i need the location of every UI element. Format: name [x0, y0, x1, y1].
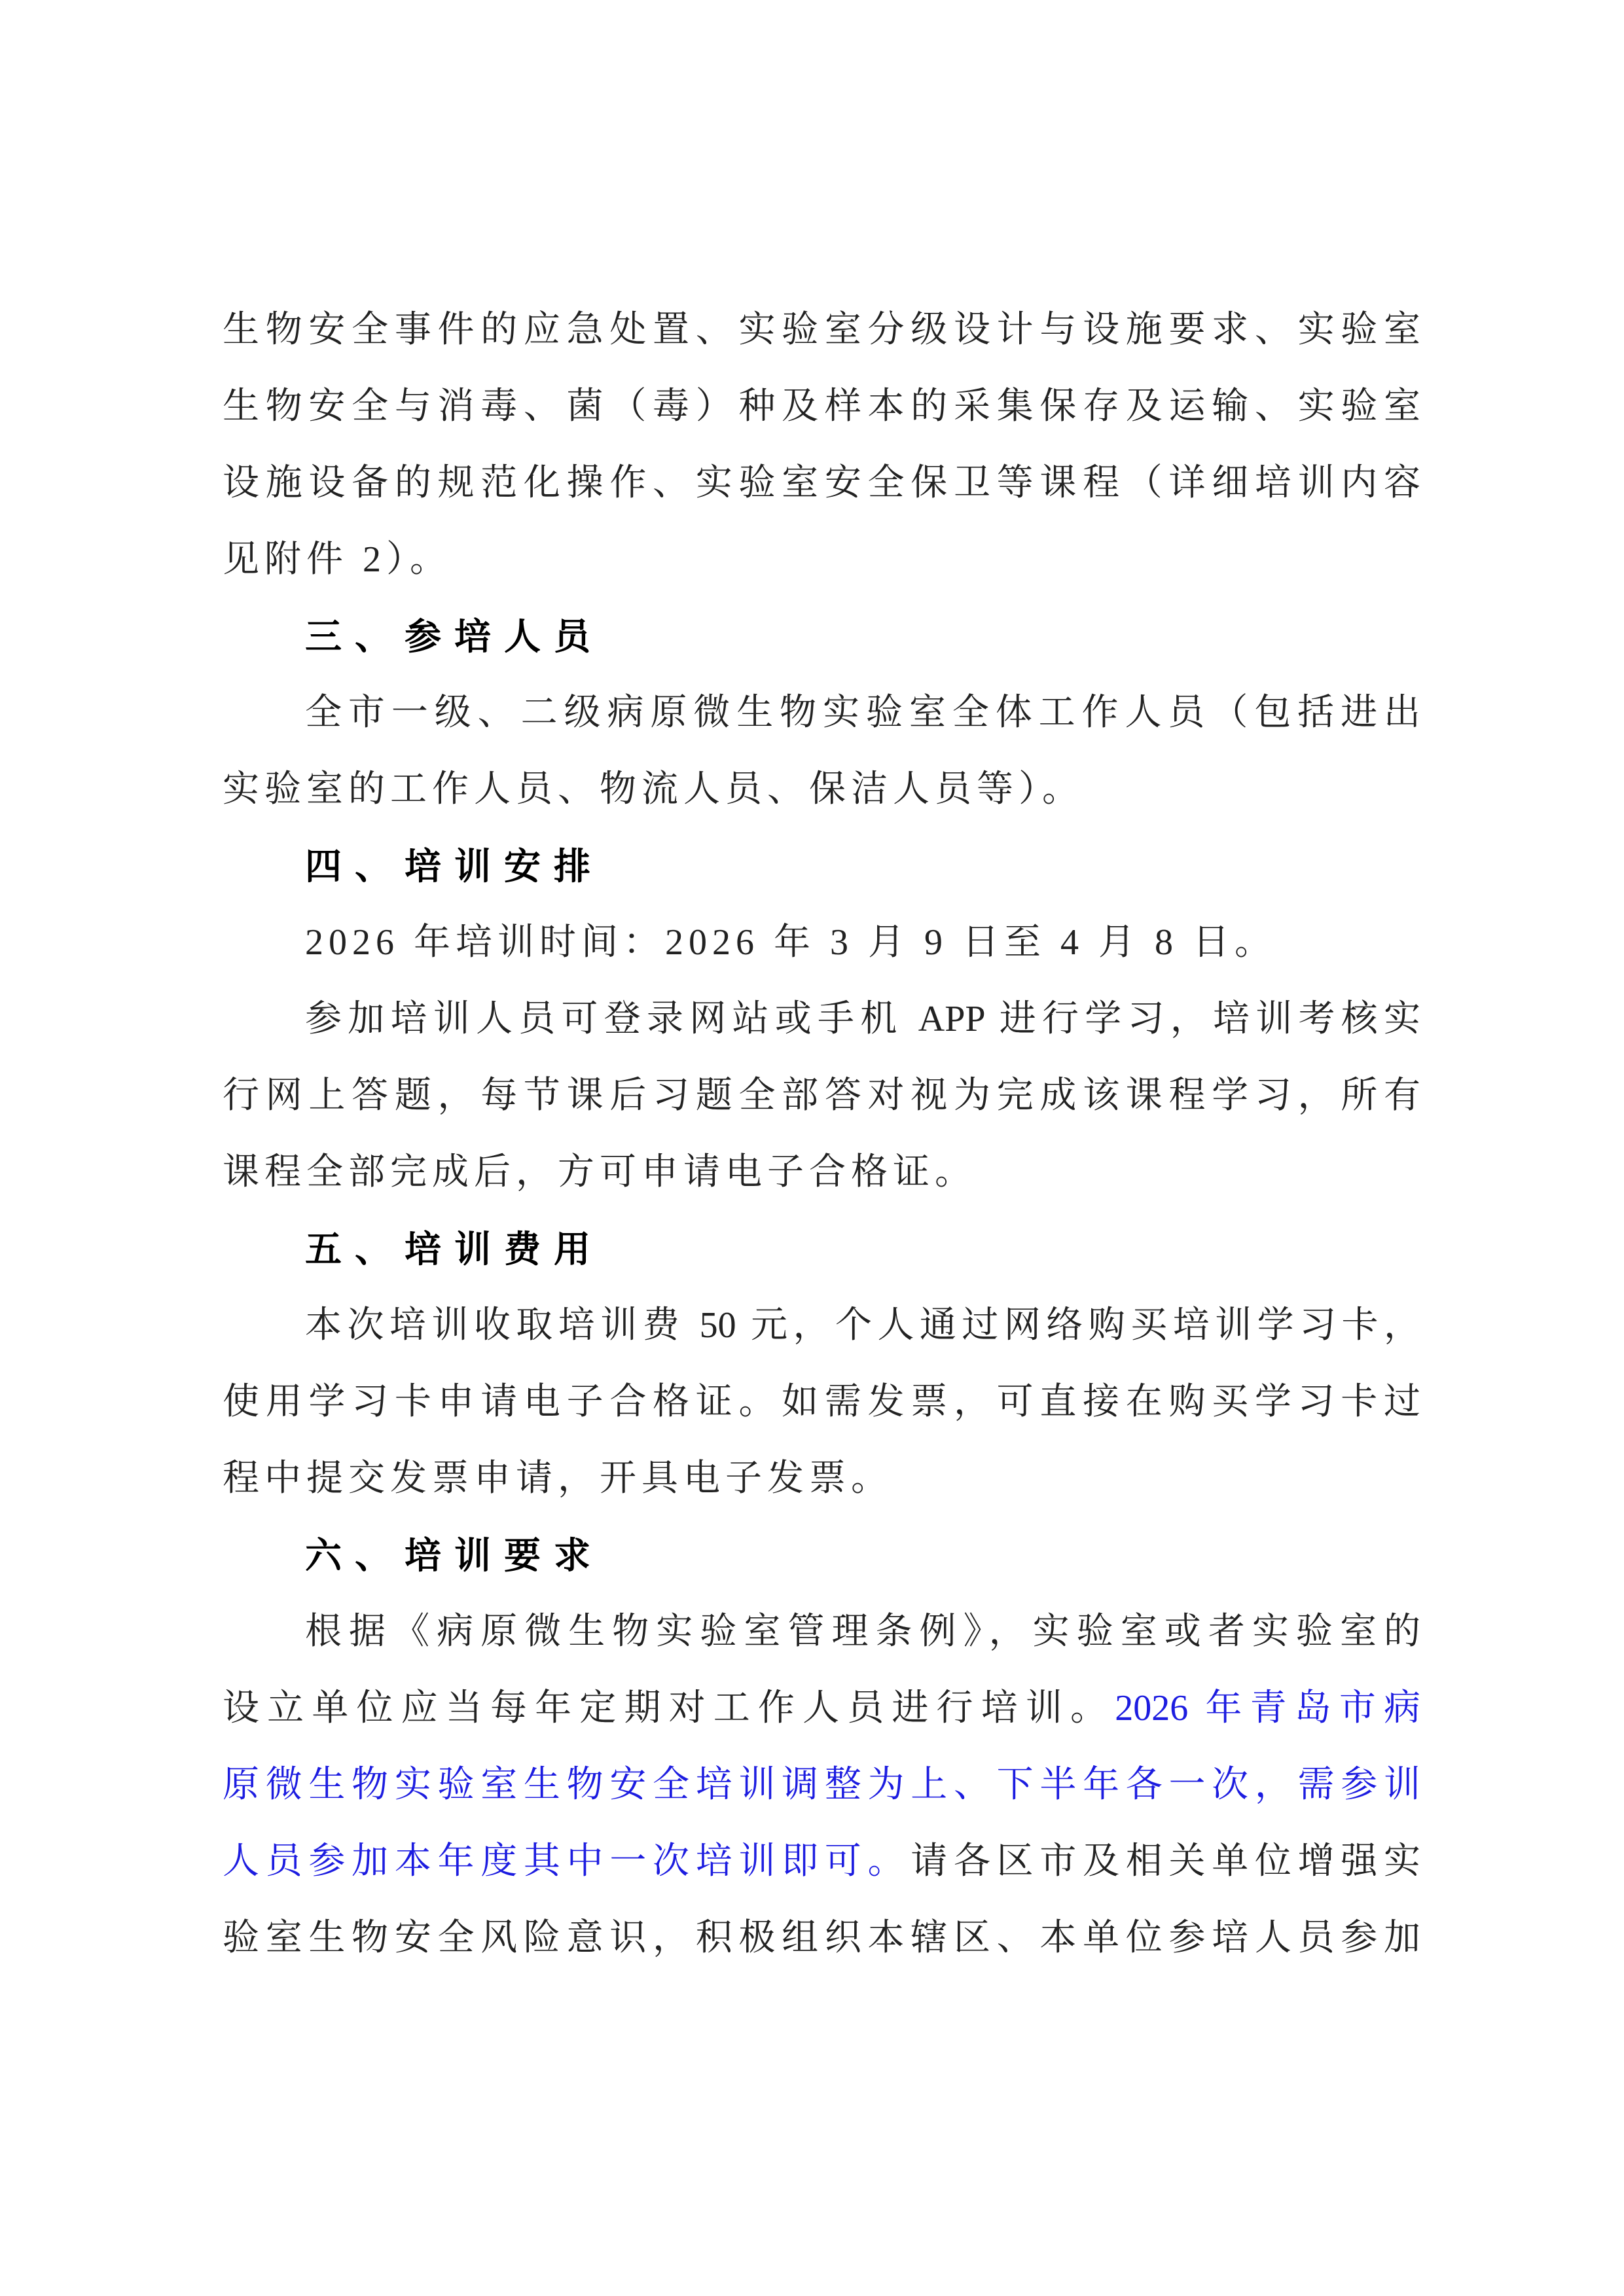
text-segment: 设施设备的规范化操作、实验室安全保卫等课程（详细培训内容: [223, 463, 1420, 503]
text-segment: 生物安全事件的应急处置、实验室分级设计与设施要求、实验室: [223, 310, 1420, 350]
paragraph-line: 原微生物实验室生物安全培训调整为上、下半年各一次，需参训: [223, 1747, 1420, 1823]
highlighted-text-segment: 2026 年青岛市病: [1115, 1688, 1420, 1729]
paragraph-line: 课程全部完成后，方可申请电子合格证。: [223, 1134, 1420, 1211]
paragraph-line: 实验室的工作人员、物流人员、保洁人员等）。: [223, 751, 1420, 828]
text-segment: 见附件 2）。: [223, 539, 452, 580]
paragraph-line: 设施设备的规范化操作、实验室安全保卫等课程（详细培训内容: [223, 445, 1420, 522]
paragraph-line: 见附件 2）。: [223, 522, 1420, 598]
highlighted-text-segment: 原微生物实验室生物安全培训调整为上、下半年各一次，需参训: [223, 1765, 1420, 1805]
text-segment: 全市一级、二级病原微生物实验室全体工作人员（包括进出: [305, 692, 1420, 733]
paragraph-line: 生物安全事件的应急处置、实验室分级设计与设施要求、实验室: [223, 292, 1420, 368]
paragraph-line: 本次培训收取培训费 50 元，个人通过网络购买培训学习卡，: [223, 1287, 1420, 1364]
paragraph-line: 人员参加本年度其中一次培训即可。请各区市及相关单位增强实: [223, 1823, 1420, 1900]
text-segment: 生物安全与消毒、菌（毒）种及样本的采集保存及运输、实验室: [223, 386, 1420, 427]
text-segment: 请各区市及相关单位增强实: [911, 1841, 1420, 1882]
paragraph-line: 设立单位应当每年定期对工作人员进行培训。2026 年青岛市病: [223, 1670, 1420, 1747]
text-segment: 四、培训安排: [305, 846, 604, 887]
text-segment: 根据《病原微生物实验室管理条例》，实验室或者实验室的: [305, 1611, 1420, 1652]
text-segment: 三、参培人员: [305, 616, 604, 657]
text-segment: 行网上答题，每节课后习题全部答对视为完成该课程学习，所有: [223, 1075, 1420, 1116]
text-segment: 实验室的工作人员、物流人员、保洁人员等）。: [223, 769, 1084, 810]
text-segment: 课程全部完成后，方可申请电子合格证。: [223, 1152, 977, 1193]
document-body: 生物安全事件的应急处置、实验室分级设计与设施要求、实验室生物安全与消毒、菌（毒）…: [223, 292, 1420, 1977]
text-segment: 验室生物安全风险意识，积极组织本辖区、本单位参培人员参加: [223, 1918, 1420, 1958]
paragraph-line: 程中提交发票申请，开具电子发票。: [223, 1441, 1420, 1517]
text-segment: 使用学习卡申请电子合格证。如需发票，可直接在购买学习卡过: [223, 1382, 1420, 1422]
text-segment: 参加培训人员可登录网站或手机 APP 进行学习，培训考核实: [305, 999, 1420, 1039]
paragraph-line: 验室生物安全风险意识，积极组织本辖区、本单位参培人员参加: [223, 1900, 1420, 1977]
document-page: 生物安全事件的应急处置、实验室分级设计与设施要求、实验室生物安全与消毒、菌（毒）…: [0, 0, 1624, 2296]
section-heading: 三、参培人员: [223, 598, 1420, 675]
paragraph-line: 根据《病原微生物实验室管理条例》，实验室或者实验室的: [223, 1594, 1420, 1670]
highlighted-text-segment: 人员参加本年度其中一次培训即可。: [223, 1841, 911, 1882]
text-segment: 六、培训要求: [305, 1535, 604, 1576]
paragraph-line: 全市一级、二级病原微生物实验室全体工作人员（包括进出: [223, 675, 1420, 751]
text-segment: 本次培训收取培训费 50 元，个人通过网络购买培训学习卡，: [305, 1305, 1420, 1346]
text-segment: 2026 年培训时间：2026 年 3 月 9 日至 4 月 8 日。: [305, 922, 1276, 963]
paragraph-line: 2026 年培训时间：2026 年 3 月 9 日至 4 月 8 日。: [223, 905, 1420, 981]
paragraph-line: 生物安全与消毒、菌（毒）种及样本的采集保存及运输、实验室: [223, 368, 1420, 445]
section-heading: 五、培训费用: [223, 1211, 1420, 1287]
text-segment: 五、培训费用: [305, 1229, 604, 1270]
text-segment: 程中提交发票申请，开具电子发票。: [223, 1458, 893, 1499]
text-segment: 设立单位应当每年定期对工作人员进行培训。: [223, 1688, 1115, 1729]
paragraph-line: 使用学习卡申请电子合格证。如需发票，可直接在购买学习卡过: [223, 1364, 1420, 1441]
paragraph-line: 参加培训人员可登录网站或手机 APP 进行学习，培训考核实: [223, 981, 1420, 1058]
section-heading: 四、培训安排: [223, 828, 1420, 905]
paragraph-line: 行网上答题，每节课后习题全部答对视为完成该课程学习，所有: [223, 1058, 1420, 1134]
section-heading: 六、培训要求: [223, 1517, 1420, 1594]
